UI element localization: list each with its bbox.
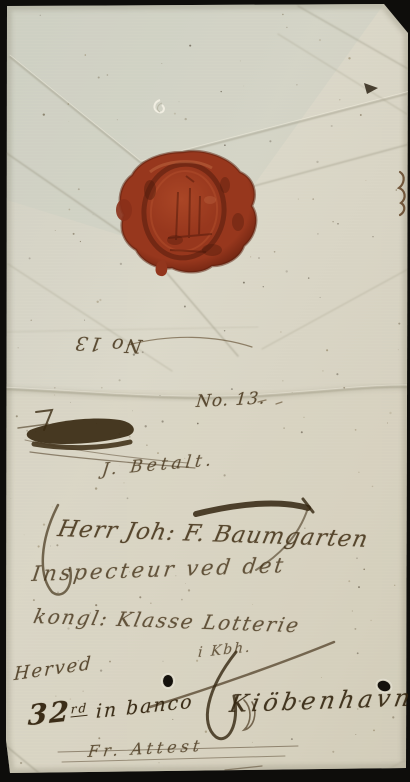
seal-highlight-spot: [204, 196, 216, 204]
handwritten-number: No. 13.: [195, 390, 266, 411]
seal-left-nub: [116, 199, 132, 221]
amount-unit: rd: [71, 700, 89, 717]
letter-back-photo: No 13 No. 13. J. Betalt. Herr Joh: F. Ba…: [0, 0, 410, 782]
handwritten-city: Kiöbenhavn: [228, 686, 410, 717]
seal-blob: [120, 151, 256, 272]
hole-left: [163, 675, 173, 687]
amount-value: 32: [27, 694, 71, 732]
handwritten-number-upside-down: No 13: [72, 332, 143, 354]
